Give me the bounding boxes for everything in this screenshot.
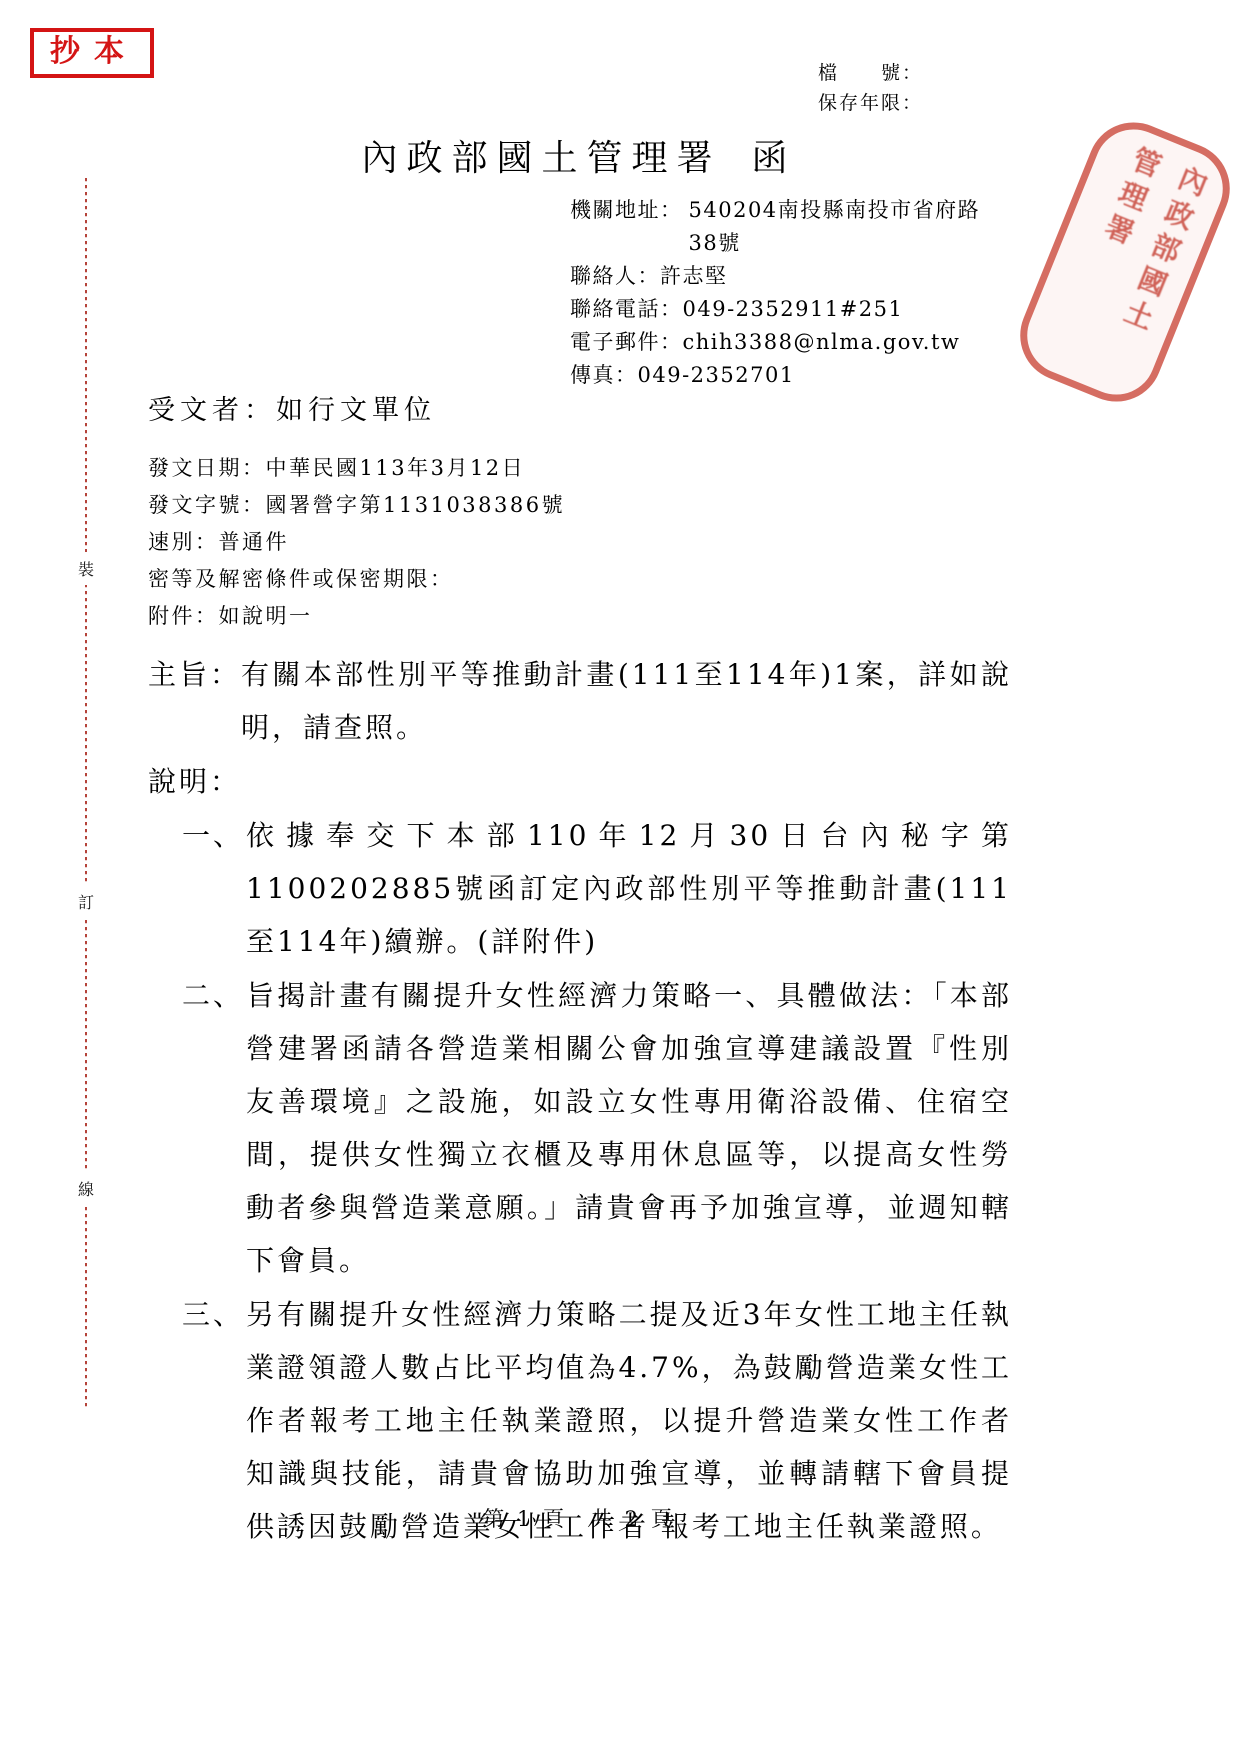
document-type: 函 xyxy=(752,138,797,179)
item-1-number: 一、 xyxy=(182,809,246,862)
item-1-text: 依據奉交下本部110年12月30日台內秘字第1100202885號函訂定內政部性… xyxy=(246,809,1012,968)
letter-body: 主旨： 有關本部性別平等推動計畫(111至114年)1案，詳如說明，請查照。 說… xyxy=(148,648,1012,1553)
sender-contact-block: 機關地址： 540204南投縣南投市省府路38號 聯絡人：許志堅 聯絡電話：04… xyxy=(570,194,1015,392)
dispatch-meta-block: 發文日期：中華民國113年3月12日 發文字號：國署營字第1131038386號… xyxy=(148,450,565,635)
contact-fax-line: 傳真：049-2352701 xyxy=(570,359,1015,392)
speed-class-line: 速別：普通件 xyxy=(148,524,565,561)
subject-text: 有關本部性別平等推動計畫(111至114年)1案，詳如說明，請查照。 xyxy=(241,648,1012,754)
file-number-label: 檔 號： xyxy=(818,58,923,88)
page-number-footer: 第 1 頁 共 2 頁 xyxy=(148,1503,1010,1533)
agency-address-label: 機關地址： xyxy=(570,194,683,227)
contact-email-line: 電子郵件：chih3388@nlma.gov.tw xyxy=(570,326,1015,359)
item-2-number: 二、 xyxy=(182,969,246,1022)
copy-stamp-label: 抄本 xyxy=(50,34,138,69)
explanation-label: 說明： xyxy=(148,755,1012,808)
binding-dotted-line xyxy=(85,178,87,1410)
binding-mark-zhuang: 裝 xyxy=(74,552,98,585)
explanation-item-1: 一、 依據奉交下本部110年12月30日台內秘字第1100202885號函訂定內… xyxy=(182,809,1012,968)
attachment-line: 附件：如說明一 xyxy=(148,598,565,635)
binding-mark-ding: 訂 xyxy=(74,885,98,918)
subject-label: 主旨： xyxy=(148,648,241,701)
retention-period-label: 保存年限： xyxy=(818,88,923,118)
agency-seal-text: 內政部國土管理署 xyxy=(1037,134,1220,373)
agency-name: 內政部國土管理署 xyxy=(361,138,721,179)
copy-stamp-box: 抄本 xyxy=(30,28,154,78)
explanation-item-2: 二、 旨揭計畫有關提升女性經濟力策略一、具體做法：「本部營建署函請各營造業相關公… xyxy=(182,969,1012,1287)
subject-section: 主旨： 有關本部性別平等推動計畫(111至114年)1案，詳如說明，請查照。 xyxy=(148,648,1012,754)
archive-header: 檔 號： 保存年限： xyxy=(818,58,923,118)
document-title: 內政部國土管理署函 xyxy=(148,130,1010,181)
dispatch-date-line: 發文日期：中華民國113年3月12日 xyxy=(148,450,565,487)
contact-person-line: 聯絡人：許志堅 xyxy=(570,260,1015,293)
item-3-number: 三、 xyxy=(182,1288,246,1341)
agency-seal-stamp: 內政部國土管理署 xyxy=(1006,109,1241,416)
contact-phone-line: 聯絡電話：049-2352911#251 xyxy=(570,293,1015,326)
agency-address-row: 機關地址： 540204南投縣南投市省府路38號 xyxy=(570,194,1015,260)
official-letter-page: 抄本 檔 號： 保存年限： 內政部國土管理署函 機關地址： 540204南投縣南… xyxy=(0,0,1241,1754)
dispatch-number-line: 發文字號：國署營字第1131038386號 xyxy=(148,487,565,524)
recipient-line: 受文者：如行文單位 xyxy=(148,388,436,427)
agency-address-value: 540204南投縣南投市省府路38號 xyxy=(689,194,994,260)
security-class-line: 密等及解密條件或保密期限： xyxy=(148,561,565,598)
binding-mark-xian: 線 xyxy=(74,1172,98,1205)
item-2-text: 旨揭計畫有關提升女性經濟力策略一、具體做法：「本部營建署函請各營造業相關公會加強… xyxy=(246,969,1012,1287)
